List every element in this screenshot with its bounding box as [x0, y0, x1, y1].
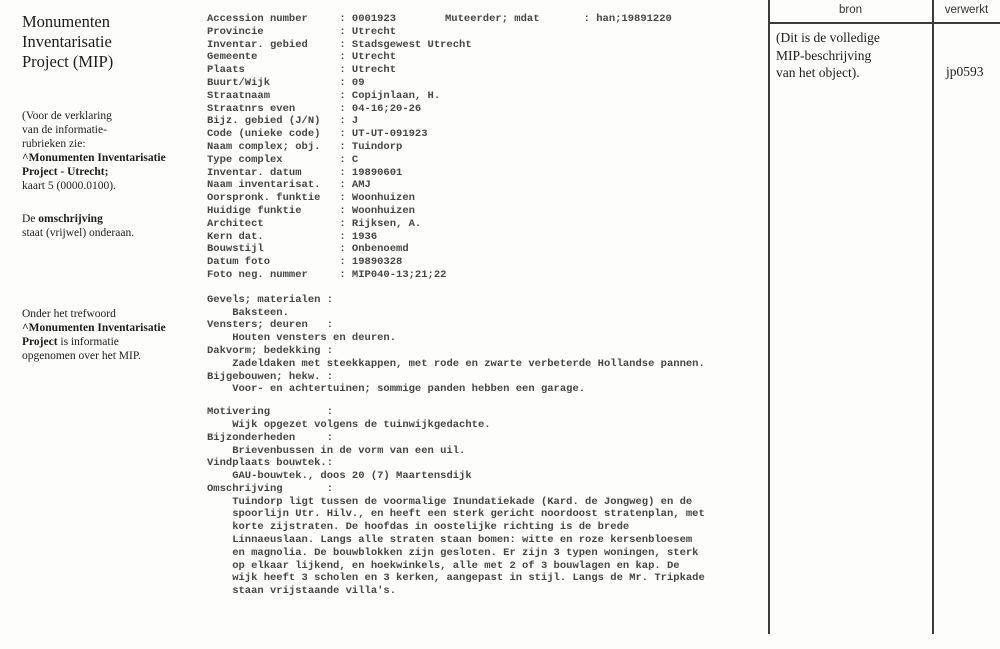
field-label: Plaats: [207, 64, 339, 77]
section-line: staan vrijstaande villa's.: [207, 585, 747, 598]
field-value: : 04-16;20-26: [339, 103, 421, 115]
field-value: : Woonhuizen: [339, 205, 415, 217]
note-text: (Voor de verklaring van de informatie- r…: [22, 110, 112, 150]
section-line: korte zijstraten. De hoofdas in oostelij…: [207, 521, 747, 534]
field-row: Inventar. gebied: Stadsgewest Utrecht: [207, 39, 747, 52]
field-value: : MIP040-13;21;22: [339, 269, 446, 281]
section-line: Zadeldaken met steekkappen, met rode en …: [207, 358, 747, 371]
field-value: : AMJ: [339, 179, 371, 191]
record-section: Bijgebouwen; hekw. :Voor- en achtertuine…: [207, 371, 747, 397]
field-value: : Utrecht: [339, 64, 396, 76]
field-value: : UT-UT-091923: [339, 128, 427, 140]
field-label: Architect: [207, 218, 339, 231]
field-value: : han;19891220: [584, 13, 672, 25]
field-row: Straatnrs even: 04-16;20-26: [207, 103, 747, 116]
record-section: Vensters; deuren :Houten vensters en deu…: [207, 319, 747, 345]
field-row: Bijz. gebied (J/N): J: [207, 115, 747, 128]
record-section: Gevels; materialen :Baksteen.: [207, 294, 747, 320]
field-row: Inventar. datum: 19890601: [207, 167, 747, 180]
field-label: Accession number: [207, 13, 339, 26]
section-line: Wijk opgezet volgens de tuinwijkgedachte…: [207, 419, 747, 432]
column-header-bron: bron: [769, 4, 932, 16]
field-label: Bijz. gebied (J/N): [207, 115, 339, 128]
field-label: Buurt/Wijk: [207, 77, 339, 90]
section-line: Baksteen.: [207, 307, 747, 320]
field-value: : Woonhuizen: [339, 192, 415, 204]
field-label: Muteerder; mdat: [445, 13, 584, 26]
note-text: kaart 5 (0000.0100).: [22, 180, 116, 192]
section-line: en magnolia. De bouwblokken zijn geslote…: [207, 547, 747, 560]
panel-header-rule: [768, 22, 1000, 24]
field-label: Huidige funktie: [207, 205, 339, 218]
note-text: staat (vrijwel) onderaan.: [22, 227, 134, 239]
record-section: Vindplaats bouwtek.:GAU-bouwtek., doos 2…: [207, 457, 747, 483]
section-header: Vindplaats bouwtek.:: [207, 457, 747, 470]
section-header: Bijzonderheden :: [207, 432, 747, 445]
field-value: : Onbenoemd: [339, 243, 408, 255]
field-label: Gemeente: [207, 51, 339, 64]
field-value: : Stadsgewest Utrecht: [339, 39, 471, 51]
section-line: wijk heeft 3 scholen en 3 kerken, aangep…: [207, 572, 747, 585]
field-row: Oorspronk. funktie: Woonhuizen: [207, 192, 747, 205]
section-line: GAU-bouwtek., doos 20 (7) Maartensdijk: [207, 470, 747, 483]
mip-record-card: Monumenten Inventarisatie Project (MIP) …: [0, 0, 1000, 649]
field-label: Naam inventarisat.: [207, 179, 339, 192]
field-label: Datum foto: [207, 256, 339, 269]
field-row: Gemeente: Utrecht: [207, 51, 747, 64]
document-title: Monumenten Inventarisatie Project (MIP): [22, 12, 113, 72]
section-list: Gevels; materialen :Baksteen.Vensters; d…: [207, 294, 747, 598]
field-label: Provincie: [207, 26, 339, 39]
field-label: Bouwstijl: [207, 243, 339, 256]
field-row: Code (unieke code): UT-UT-091923: [207, 128, 747, 141]
column-header-verwerkt: verwerkt: [933, 4, 1000, 16]
field-row: Buurt/Wijk: 09: [207, 77, 747, 90]
section-line: Tuindorp ligt tussen de voormalige Inund…: [207, 496, 747, 509]
section-header: Vensters; deuren :: [207, 319, 747, 332]
field-label: Kern dat.: [207, 231, 339, 244]
field-row: Plaats: Utrecht: [207, 64, 747, 77]
field-row: Naam complex; obj.: Tuindorp: [207, 141, 747, 154]
section-header: Dakvorm; bedekking :: [207, 345, 747, 358]
record-section: Dakvorm; bedekking :Zadeldaken met steek…: [207, 345, 747, 371]
field-label: Code (unieke code): [207, 128, 339, 141]
field-row: Straatnaam: Copijnlaan, H.: [207, 90, 747, 103]
section-header: Omschrijving :: [207, 483, 747, 496]
record-section: Omschrijving :Tuindorp ligt tussen de vo…: [207, 483, 747, 598]
note-bold-text: ^Monumenten Inventarisatie Project - Utr…: [22, 152, 166, 178]
field-value: : Utrecht: [339, 51, 396, 63]
muteerder-field: Muteerder; mdat: han;19891220: [445, 13, 672, 26]
field-row: Type complex: C: [207, 154, 747, 167]
section-line: Linnaeuslaan. Langs alle straten staan b…: [207, 534, 747, 547]
section-header: Bijgebouwen; hekw. :: [207, 371, 747, 384]
field-list: Accession number: 0001923Provincie: Utre…: [207, 13, 747, 282]
field-value: : Copijnlaan, H.: [339, 90, 440, 102]
section-header: Motivering :: [207, 406, 747, 419]
record-section: Bijzonderheden :Brievenbussen in de vorm…: [207, 432, 747, 458]
record-section: Motivering :Wijk opgezet volgens de tuin…: [207, 406, 747, 432]
field-label: Inventar. gebied: [207, 39, 339, 52]
panel-note: (Dit is de volledige MIP-beschrijving va…: [776, 29, 926, 82]
field-label: Type complex: [207, 154, 339, 167]
section-header: Gevels; materialen :: [207, 294, 747, 307]
field-row: Naam inventarisat.: AMJ: [207, 179, 747, 192]
field-row: Bouwstijl: Onbenoemd: [207, 243, 747, 256]
field-label: Naam complex; obj.: [207, 141, 339, 154]
note-verklaring: (Voor de verklaring van de informatie- r…: [22, 109, 197, 193]
note-bold-text: omschrijving: [38, 213, 103, 225]
panel-left-rule: [768, 0, 770, 634]
field-label: Foto neg. nummer: [207, 269, 339, 282]
field-label: Straatnrs even: [207, 103, 339, 116]
panel-column-divider: [932, 0, 934, 634]
section-line: op elkaar lijkend, en hoekwinkels, alle …: [207, 560, 747, 573]
note-text: De: [22, 213, 38, 225]
field-value: : Rijksen, A.: [339, 218, 421, 230]
note-omschrijving: De omschrijving staat (vrijwel) onderaan…: [22, 212, 197, 240]
field-value: : J: [339, 115, 358, 127]
field-value: : 19890328: [339, 256, 402, 268]
field-row: Architect: Rijksen, A.: [207, 218, 747, 231]
section-line: Voor- en achtertuinen; sommige panden he…: [207, 383, 747, 396]
section-line: spoorlijn Utr. Hilv., en heeft een sterk…: [207, 508, 747, 521]
field-label: Straatnaam: [207, 90, 339, 103]
field-value: : Tuindorp: [339, 141, 402, 153]
field-row: Datum foto: 19890328: [207, 256, 747, 269]
note-text: Onder het trefwoord: [22, 308, 116, 320]
field-value: : 09: [339, 77, 364, 89]
section-line: Brievenbussen in de vorm van een uil.: [207, 445, 747, 458]
field-row: Kern dat.: 1936: [207, 231, 747, 244]
field-label: Oorspronk. funktie: [207, 192, 339, 205]
record-block: Accession number: 0001923Provincie: Utre…: [207, 13, 747, 598]
panel-code: jp0593: [946, 64, 984, 80]
field-row: Huidige funktie: Woonhuizen: [207, 205, 747, 218]
field-value: : 19890601: [339, 167, 402, 179]
field-row: Provincie: Utrecht: [207, 26, 747, 39]
field-value: : 0001923: [339, 13, 396, 25]
field-value: : C: [339, 154, 358, 166]
section-line: Houten vensters en deuren.: [207, 332, 747, 345]
field-row: Foto neg. nummer: MIP040-13;21;22: [207, 269, 747, 282]
field-value: : 1936: [339, 231, 377, 243]
field-value: : Utrecht: [339, 26, 396, 38]
note-trefwoord: Onder het trefwoord ^Monumenten Inventar…: [22, 307, 197, 363]
field-label: Inventar. datum: [207, 167, 339, 180]
